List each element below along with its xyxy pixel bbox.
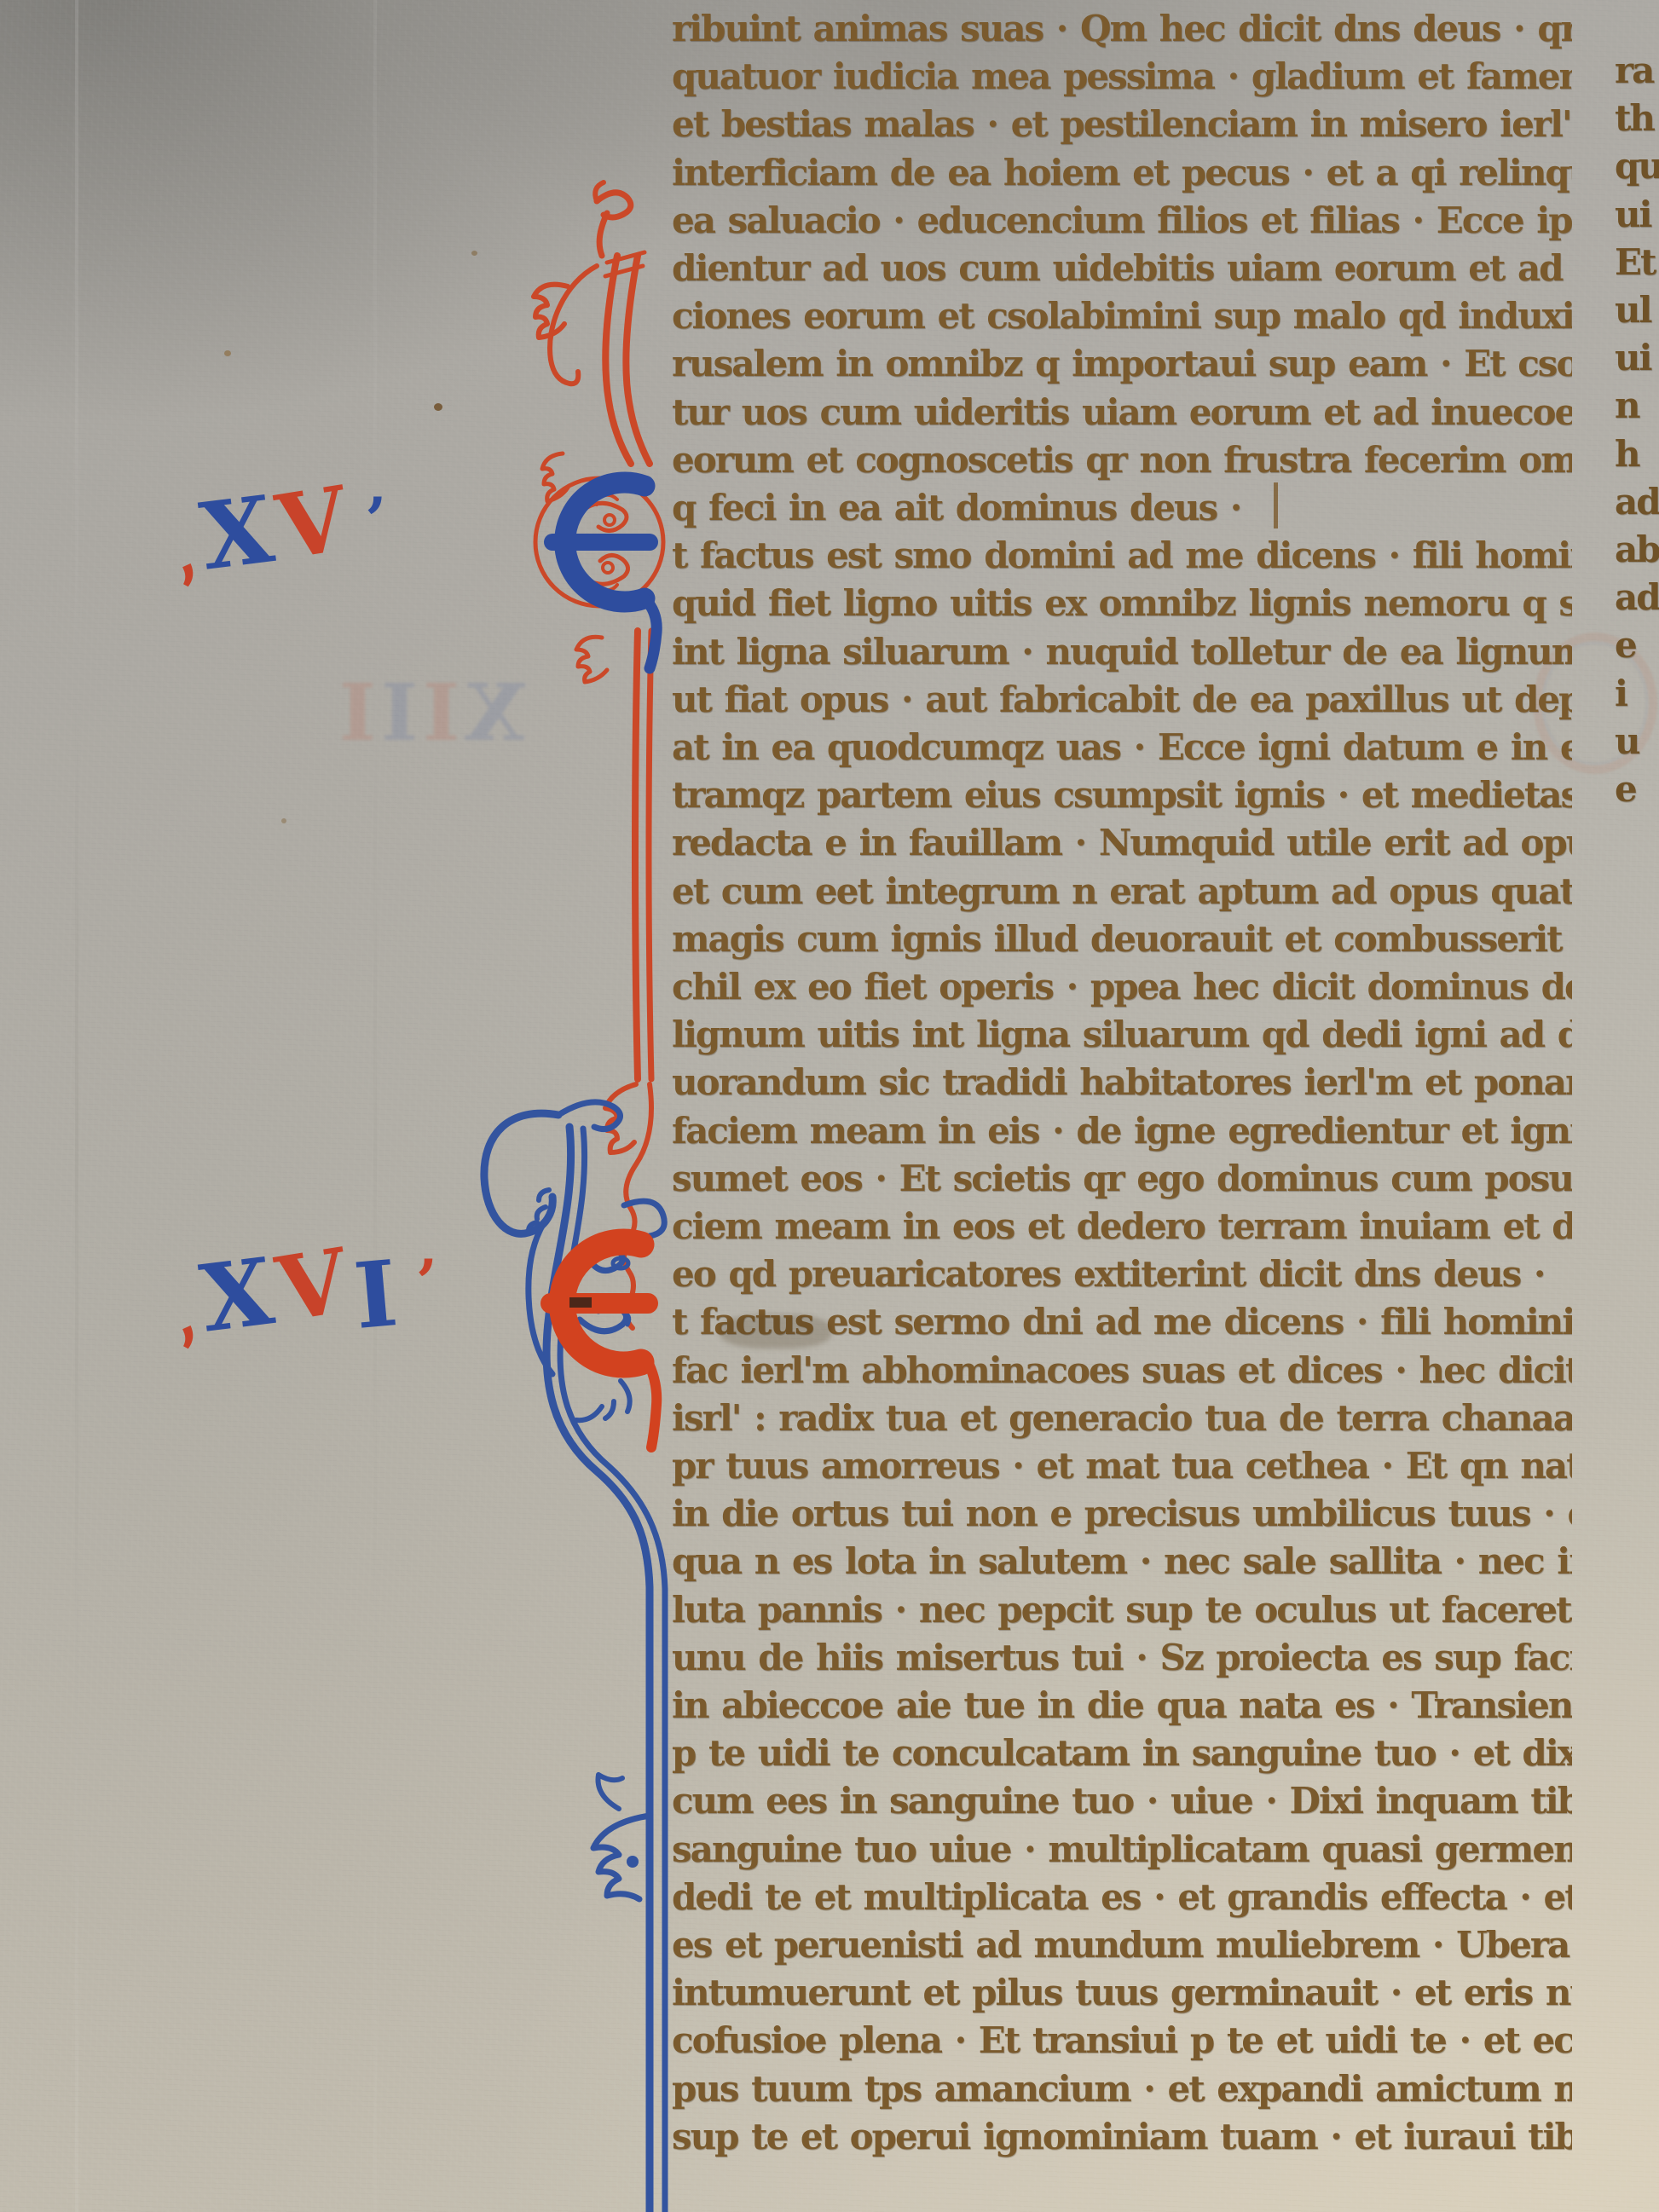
text-line: at in ea quodcumqz uas · Ecce igni datum…	[672, 725, 1572, 773]
text-line: cofusioe plena · Et transiui p te et uid…	[672, 2019, 1572, 2066]
numeral-x: X	[195, 483, 277, 583]
text-line: interficiam de ea hoiem et pecus · et a …	[672, 151, 1572, 199]
numeral-flourish: ’	[416, 1251, 437, 1313]
manuscript-page: X I I I	[0, 0, 1659, 2212]
text-line: ea saluacio · educencium filios et filia…	[672, 199, 1572, 246]
text-line: quid fiet ligno uitis ex omnibz lignis n…	[672, 581, 1572, 629]
chapter-marker-xv: , X V ’	[171, 488, 386, 580]
initial-letter	[552, 482, 656, 668]
text-line: rusalem in omnibz q importaui sup eam · …	[672, 342, 1572, 390]
claw-ornament	[576, 1381, 630, 1420]
text-line: uorandum sic tradidi habitatores ierl'm …	[672, 1060, 1572, 1108]
column-fragment: ad	[1615, 481, 1659, 527]
text-line: pr tuus amorreus · et mat tua cethea · E…	[672, 1444, 1572, 1492]
column-fragment: Et	[1615, 241, 1659, 287]
text-line: luta pannis · nec pepcit sup te oculus u…	[672, 1588, 1572, 1636]
column-fragment: ul	[1615, 289, 1659, 335]
column-fragment: i	[1615, 673, 1659, 719]
text-line: es et peruenisti ad mundum muliebrem · U…	[672, 1923, 1572, 1971]
column-fragment: th	[1615, 97, 1659, 143]
text-line: sanguine tuo uiue · multiplicatam quasi …	[672, 1828, 1572, 1875]
text-line: int ligna siluarum · nuquid tolletur de …	[672, 630, 1572, 678]
text-line: sup te et operui ignominiam tuam · et iu…	[672, 2115, 1572, 2163]
text-line: dedi te et multiplicata es · et grandis …	[672, 1875, 1572, 1923]
column-fragment: e	[1615, 768, 1659, 814]
text-line: redacta e in fauillam · Numquid utile er…	[672, 821, 1572, 869]
column-fragment: h	[1615, 433, 1659, 479]
text-line: lignum uitis int ligna siluarum qd dedi …	[672, 1013, 1572, 1060]
text-line: faciem meam in eis · de igne egredientur…	[672, 1109, 1572, 1157]
numeral-v: V	[271, 1236, 353, 1334]
column-fragment: ab	[1615, 528, 1659, 575]
text-line: isrl' : radix tua et generacio tua de te…	[672, 1396, 1572, 1444]
initial-e-chapter-15	[529, 440, 678, 670]
text-line: ut fiat opus · aut fabricabit de ea paxi…	[672, 678, 1572, 725]
text-line: chil ex eo fiet operis · ppea hec dicit …	[672, 965, 1572, 1013]
dragon-head-ornament	[593, 1775, 650, 1899]
text-line: pus tuum tps amancium · et expandi amict…	[672, 2067, 1572, 2115]
text-line: q feci in ea ait dominus deus ·	[672, 486, 1572, 534]
text-line: tur uos cum uideritis uiam eorum et ad i…	[672, 390, 1572, 438]
column-fragment: u	[1615, 720, 1659, 766]
text-line: cum ees in sanguine tuo · uiue · Dixi in…	[672, 1779, 1572, 1827]
numeral-x: X	[195, 1245, 277, 1345]
ink-blot	[569, 1297, 592, 1308]
text-line: ciones eorum et csolabimini sup malo qd …	[672, 294, 1572, 342]
red-penwork-flourish	[534, 182, 651, 1328]
column-fragment: qu	[1615, 145, 1659, 191]
text-line: intumuerunt et pilus tuus germinauit · e…	[672, 1971, 1572, 2019]
text-line: in die ortus tui non e precisus umbilicu…	[672, 1492, 1572, 1539]
text-line: ciem meam in eos et dedero terram inuiam…	[672, 1204, 1572, 1252]
column-fragment: ad	[1615, 576, 1659, 622]
text-line: fac ierl'm abhominacoes suas et dices · …	[672, 1349, 1572, 1396]
text-line: qua n es lota in salutem · nec sale sall…	[672, 1539, 1572, 1587]
text-line: eo qd preuaricatores extiterint dicit dn…	[672, 1252, 1572, 1300]
text-line: magis cum ignis illud deuorauit et combu…	[672, 917, 1572, 965]
text-line: dientur ad uos cum uidebitis uiam eorum …	[672, 246, 1572, 294]
chapter-marker-xvi: , X V I ’	[171, 1250, 437, 1342]
column-fragment: e	[1615, 624, 1659, 670]
numeral-v: V	[271, 474, 353, 572]
column-fragment: n	[1615, 384, 1659, 430]
text-line: eorum et cognoscetis qr non frustra fece…	[672, 438, 1572, 486]
text-line: et cum eet integrum n erat aptum ad opus…	[672, 869, 1572, 917]
text-line: ribuint animas suas · Qm hec dicit dns d…	[672, 7, 1572, 55]
text-line: et bestias malas · et pestilenciam in mi…	[672, 102, 1572, 150]
text-line: in abieccoe aie tue in die qua nata es ·…	[672, 1684, 1572, 1731]
text-line: t factus est smo domini ad me dicens · f…	[672, 534, 1572, 581]
numeral-flourish: ’	[365, 489, 386, 551]
column-fragment: ra	[1615, 49, 1659, 95]
text-line: sumet eos · Et scietis qr ego dominus cu…	[672, 1157, 1572, 1204]
column-fragment: ui	[1615, 337, 1659, 383]
text-line: unu de hiis misertus tui · Sz proiecta e…	[672, 1636, 1572, 1684]
numeral-i: I	[351, 1248, 402, 1342]
column-fragment: ui	[1615, 193, 1659, 240]
text-line: t factus est sermo dni ad me dicens · fi…	[672, 1300, 1572, 1348]
text-line: p te uidi te conculcatam in sanguine tuo…	[672, 1731, 1572, 1779]
initial-e-chapter-16	[520, 1190, 682, 1454]
text-line: tramqz partem eius csumpsit ignis · et m…	[672, 773, 1572, 821]
line-filler-stroke	[1274, 482, 1278, 528]
text-line: quatuor iudicia mea pessima · gladium et…	[672, 55, 1572, 102]
